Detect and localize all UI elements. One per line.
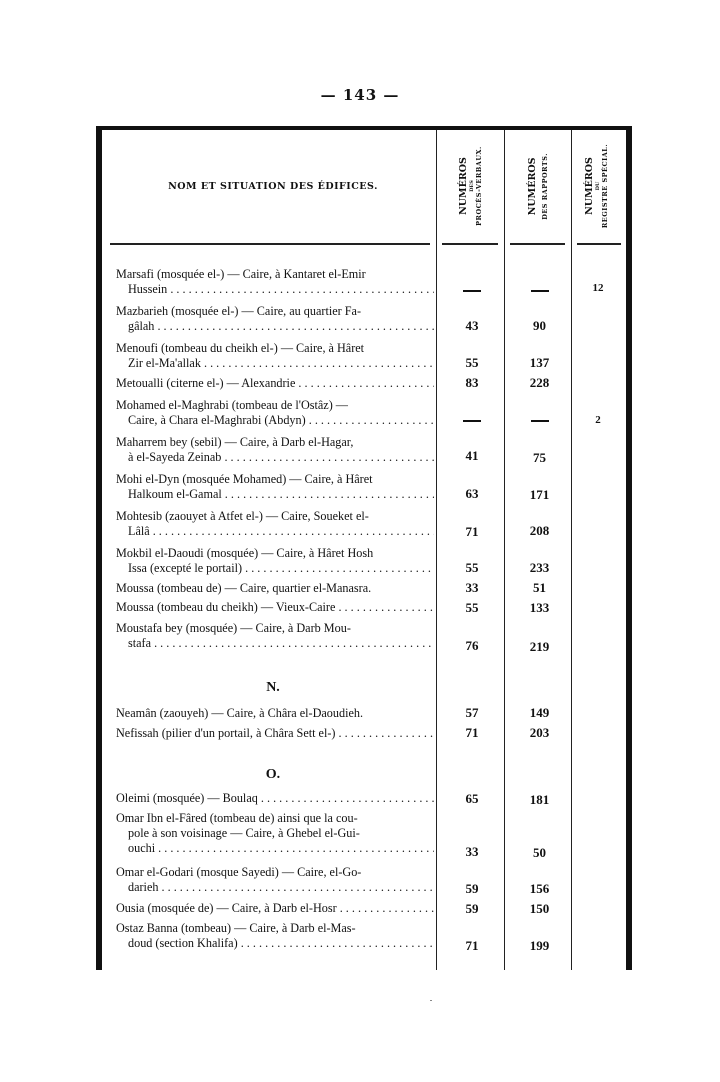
table-row: Omar Ibn el-Fâred (tombeau de) ainsi que… [116,811,434,856]
entry-text: stafa [116,636,434,651]
proces-verbal-number: 71 [438,524,506,540]
entry-text: Menoufi (tombeau du cheikh el-) — Caire,… [116,341,434,356]
proces-verbal-number: 65 [438,791,506,807]
proces-verbal-number: 57 [438,705,506,721]
table-row: Neamân (zaouyeh) — Caire, à Châra el-Dao… [116,706,434,721]
rapport-number: 90 [506,318,573,334]
proces-verbal-number: 55 [438,560,506,576]
entry-text: Moussa (tombeau de) — Caire, quartier el… [116,581,434,596]
proces-verbal-number: 41 [438,448,506,464]
proces-verbal-number: 76 [438,638,506,654]
entry-text: gâlah [116,319,434,334]
table-row: Mokbil el-Daoudi (mosquée) — Caire, à Hâ… [116,546,434,576]
table-row: Ostaz Banna (tombeau) — Caire, à Darb el… [116,921,434,951]
rapport-number: 199 [506,938,573,954]
table-row: Oleimi (mosquée) — Boulaq [116,791,434,806]
dash-mark [438,282,506,298]
proces-verbal-number: 43 [438,318,506,334]
table-row: Moussa (tombeau de) — Caire, quartier el… [116,581,434,596]
entry-text: Mohi el-Dyn (mosquée Mohamed) — Caire, à… [116,472,434,487]
entry-text: Ostaz Banna (tombeau) — Caire, à Darb el… [116,921,434,936]
entry-text: Lâlâ [116,524,434,539]
header-rule [442,243,498,245]
entry-text: Issa (excepté le portail) [116,561,434,576]
proces-verbal-number: 63 [438,486,506,502]
header-label: NUMÉROS [528,153,538,220]
entry-text: darieh [116,880,434,895]
proces-verbal-number: 55 [438,355,506,371]
proces-verbal-number: 71 [438,938,506,954]
rapport-number: 133 [506,600,573,616]
entry-text: Ousia (mosquée de) — Caire, à Darb el-Ho… [116,901,434,916]
header-label: PROCÈS-VERBAUX. [476,147,483,227]
proces-verbal-number: 59 [438,881,506,897]
table-row: Mohi el-Dyn (mosquée Mohamed) — Caire, à… [116,472,434,502]
entry-text: à el-Sayeda Zeinab [116,450,434,465]
entry-text: Mohtesib (zaouyet à Atfet el-) — Caire, … [116,509,434,524]
entry-text: Mokbil el-Daoudi (mosquée) — Caire, à Hâ… [116,546,434,561]
registre-number: 12 [573,282,623,294]
index-table: NOM ET SITUATION DES ÉDIFICES. NUMÉROS D… [96,126,632,970]
entry-text: Halkoum el-Gamal [116,487,434,502]
rapport-number: 208 [506,523,573,539]
rapport-number: 156 [506,881,573,897]
rapport-number: 219 [506,639,573,655]
entry-text: Nefissah (pilier d'un portail, à Châra S… [116,726,434,741]
header-label: NUMÉROS [458,147,468,227]
table-row: Mohtesib (zaouyet à Atfet el-) — Caire, … [116,509,434,539]
header-registre-special: NUMÉROS DU REGISTRE SPÉCIAL. [572,130,622,243]
table-row: Moussa (tombeau du cheikh) — Vieux-Caire [116,600,434,615]
header-proces-verbaux: NUMÉROS DES PROCÈS-VERBAUX. [437,130,504,243]
table-row: Metoualli (citerne el-) — Alexandrie [116,376,434,391]
dash-mark [438,412,506,428]
table-row: Marsafi (mosquée el-) — Caire, à Kantare… [116,267,434,297]
header-label: REGISTRE SPÉCIAL. [602,144,609,228]
column-divider [436,130,437,970]
entry-text: Oleimi (mosquée) — Boulaq [116,791,434,806]
header-rule [577,243,621,245]
entry-text: Metoualli (citerne el-) — Alexandrie [116,376,434,391]
proces-verbal-number: 33 [438,844,506,860]
table-row: Moustafa bey (mosquée) — Caire, à Darb M… [116,621,434,651]
header-name: NOM ET SITUATION DES ÉDIFICES. [110,130,436,243]
section-heading-n: N. [110,680,436,696]
rapport-number: 203 [506,725,573,741]
table-row: Mohamed el-Maghrabi (tombeau de l'Ostâz)… [116,398,434,428]
entry-text: pole à son voisinage — Caire, à Ghebel e… [116,826,434,841]
registre-number: 2 [573,414,623,426]
entry-text: Mohamed el-Maghrabi (tombeau de l'Ostâz)… [116,398,434,413]
entry-text: Zir el-Ma'allak [116,356,434,371]
entry-text: Omar Ibn el-Fâred (tombeau de) ainsi que… [116,811,434,826]
table-row: Mazbarieh (mosquée el-) — Caire, au quar… [116,304,434,334]
rapport-number: 75 [506,450,573,466]
entry-text: Omar el-Godari (mosque Sayedi) — Caire, … [116,865,434,880]
section-heading-o: O. [110,767,436,783]
column-divider [571,130,572,970]
dash-mark [506,412,573,428]
rapport-number: 149 [506,705,573,721]
rapport-number: 137 [506,355,573,371]
rapport-number: 171 [506,487,573,503]
rapport-number: 50 [506,845,573,861]
header-rule [110,243,430,245]
entry-text: Moussa (tombeau du cheikh) — Vieux-Caire [116,600,434,615]
rapport-number: 51 [506,580,573,596]
table-row: Omar el-Godari (mosque Sayedi) — Caire, … [116,865,434,895]
entry-text: Moustafa bey (mosquée) — Caire, à Darb M… [116,621,434,636]
proces-verbal-number: 33 [438,580,506,596]
proces-verbal-number: 71 [438,725,506,741]
table-row: Ousia (mosquée de) — Caire, à Darb el-Ho… [116,901,434,916]
print-speck [430,1000,432,1001]
rapport-number: 228 [506,375,573,391]
table-row: Nefissah (pilier d'un portail, à Châra S… [116,726,434,741]
rapport-number: 233 [506,560,573,576]
proces-verbal-number: 83 [438,375,506,391]
entry-text: Neamân (zaouyeh) — Caire, à Châra el-Dao… [116,706,434,721]
page-number: — 143 — [0,86,720,104]
entry-text: Maharrem bey (sebil) — Caire, à Darb el-… [116,435,434,450]
entry-text: Caire, à Chara el-Maghrabi (Abdyn) [116,413,434,428]
entry-text: Marsafi (mosquée el-) — Caire, à Kantare… [116,267,434,282]
entry-text: Mazbarieh (mosquée el-) — Caire, au quar… [116,304,434,319]
proces-verbal-number: 59 [438,901,506,917]
header-label: DES RAPPORTS. [542,153,549,220]
entry-text: Hussein [116,282,434,297]
entry-text: doud (section Khalifa) [116,936,434,951]
rapport-number: 150 [506,901,573,917]
proces-verbal-number: 55 [438,600,506,616]
table-row: Maharrem bey (sebil) — Caire, à Darb el-… [116,435,434,465]
table-row: Menoufi (tombeau du cheikh el-) — Caire,… [116,341,434,371]
header-rapports: NUMÉROS DES RAPPORTS. [505,130,571,243]
entry-text: ouchi [116,841,434,856]
header-label: NUMÉROS [585,144,595,228]
rapport-number: 181 [506,792,573,808]
dash-mark [506,282,573,298]
header-rule [510,243,565,245]
